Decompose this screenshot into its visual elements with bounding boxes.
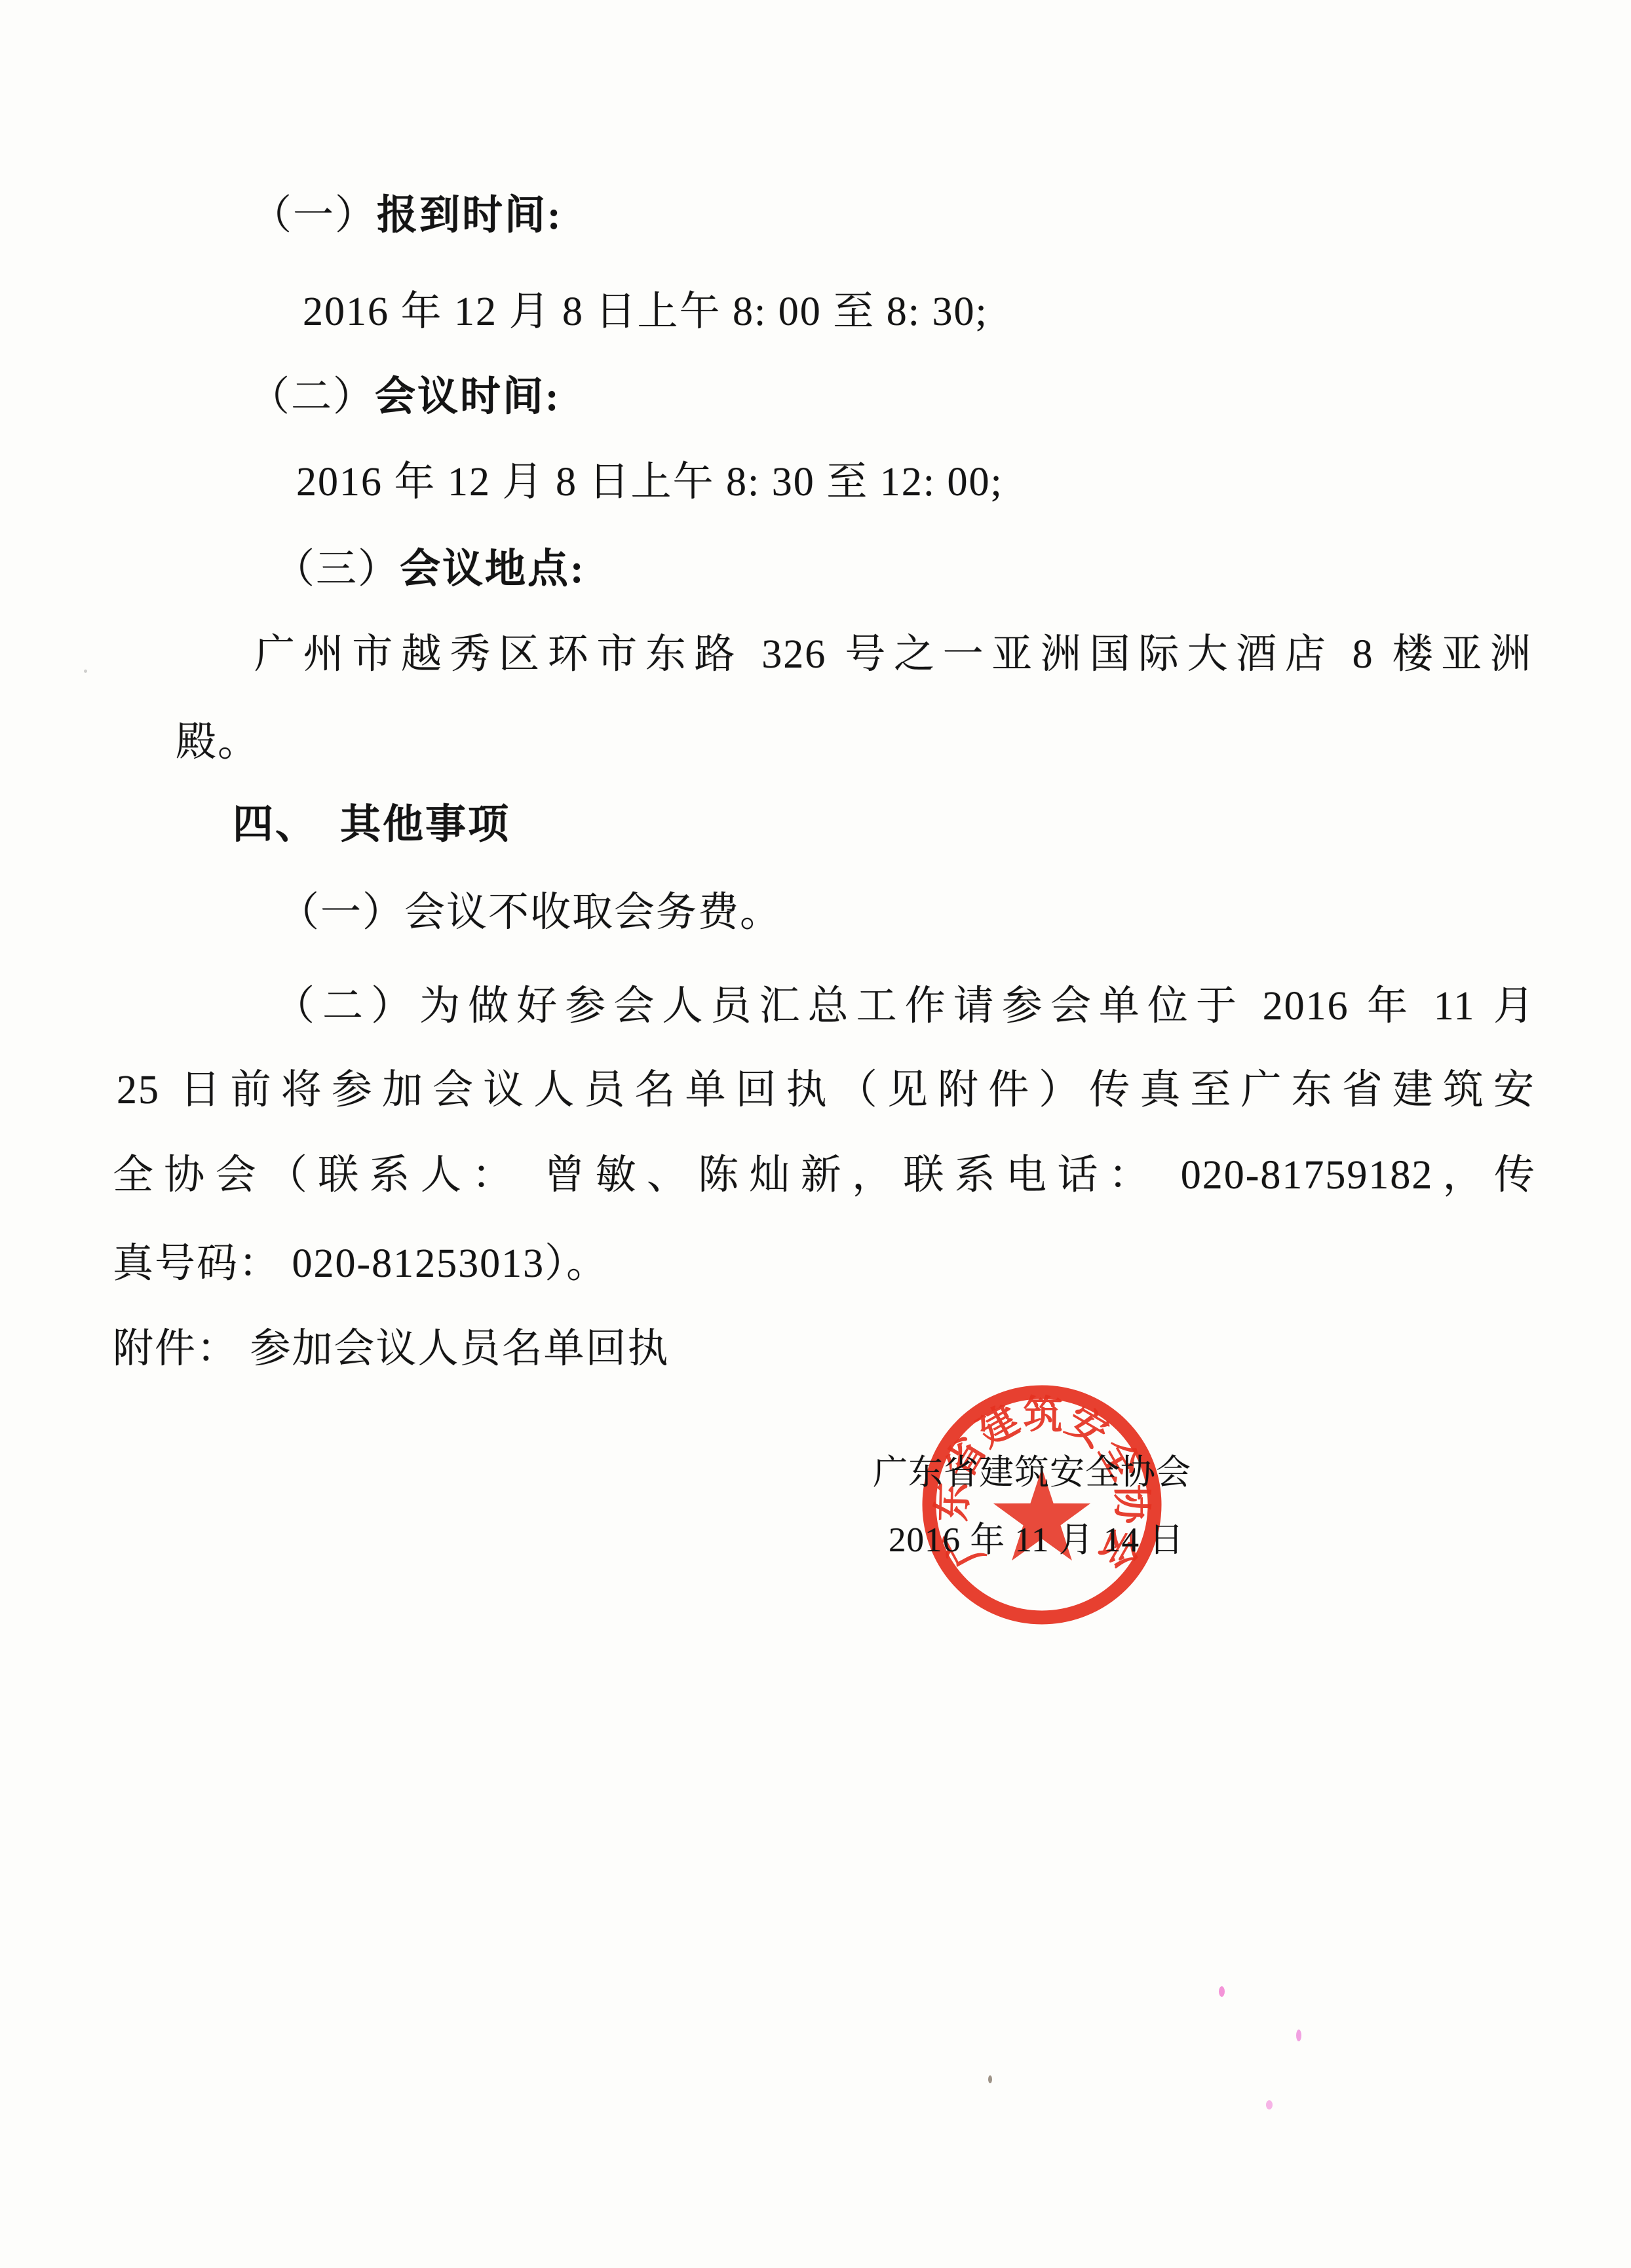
official-seal: 广东省建筑安全协会 xyxy=(888,1351,1196,1659)
checkin-time-value: 2016 年 12 月 8 日上午 8: 00 至 8: 30; xyxy=(303,278,988,337)
other-matters-item-2-line-1: （二）为做好参会人员汇总工作请参会单位于 2016 年 11 月 xyxy=(274,973,1535,1031)
scan-speck xyxy=(988,2075,992,2083)
scan-speck xyxy=(1219,1986,1225,1997)
heading-meeting-place: （三）会议地点: xyxy=(274,536,586,594)
other-matters-item-2-line-2: 25 日前将参加会议人员名单回执（见附件）传真至广东省建筑安 xyxy=(117,1057,1535,1115)
signature-organization: 广东省建筑安全协会 xyxy=(873,1445,1191,1494)
heading-title: 报到时间: xyxy=(377,193,563,238)
signature-date: 2016 年 11 月 14 日 xyxy=(889,1512,1184,1562)
scan-speck xyxy=(84,670,87,673)
heading-prefix: （二） xyxy=(249,375,375,419)
heading-prefix: （三） xyxy=(274,547,400,592)
other-matters-item-1: （一）会议不收取会务费。 xyxy=(278,879,782,937)
other-matters-item-2-line-3: 全协会（联系人： 曾敏、陈灿新，联系电话： 020-81759182，传 xyxy=(113,1142,1536,1200)
other-matters-item-2-line-4: 真号码： 020-81253013）。 xyxy=(113,1230,608,1289)
heading-meeting-time: （二）会议时间: xyxy=(249,364,561,422)
scanned-document-page: （一）报到时间: 2016 年 12 月 8 日上午 8: 00 至 8: 30… xyxy=(0,0,1631,2268)
address-line-1: 广州市越秀区环市东路 326 号之一亚洲国际大酒店 8 楼亚洲 xyxy=(254,621,1532,679)
section-other-matters: 四、其他事项 xyxy=(233,791,510,850)
scan-speck xyxy=(1296,2030,1301,2041)
heading-title: 会议时间: xyxy=(375,375,561,419)
heading-prefix: （一） xyxy=(251,193,377,238)
meeting-time-value: 2016 年 12 月 8 日上午 8: 30 至 12: 00; xyxy=(296,449,1003,507)
heading-title: 会议地点: xyxy=(400,547,586,592)
section-title: 其他事项 xyxy=(340,803,510,847)
section-number: 四、 xyxy=(233,803,318,847)
scan-speck xyxy=(1266,2100,1273,2109)
address-line-2: 殿。 xyxy=(176,709,259,767)
attachment-note: 附件： 参加会议人员名单回执 xyxy=(113,1315,670,1374)
heading-checkin-time: （一）报到时间: xyxy=(251,182,563,240)
